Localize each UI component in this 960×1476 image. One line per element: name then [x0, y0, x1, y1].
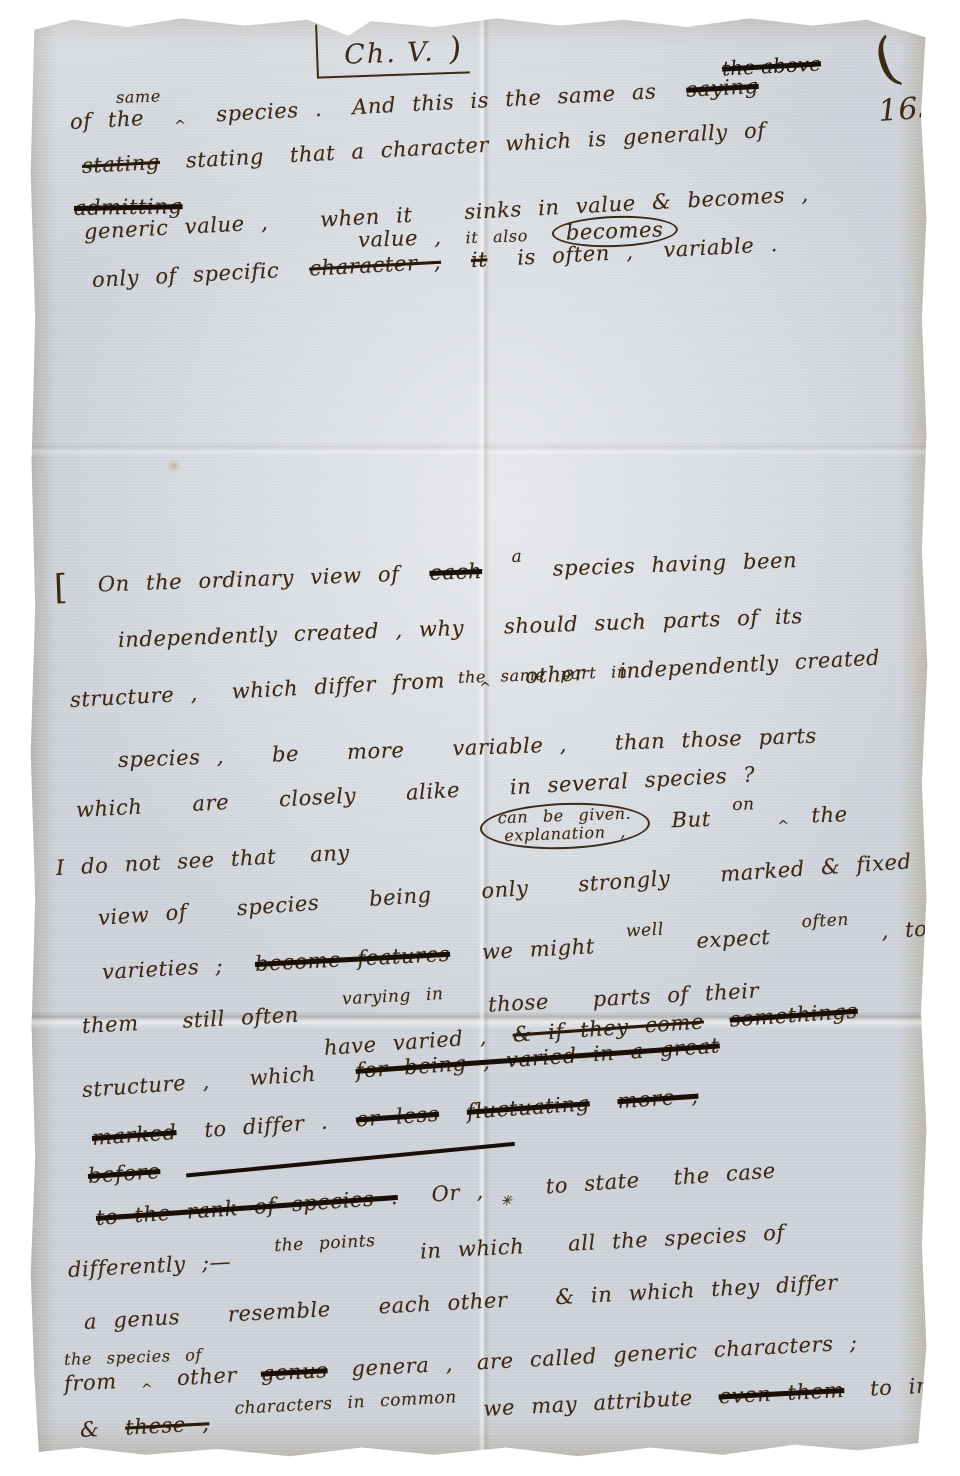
manuscript-word: each other — [378, 1288, 508, 1319]
manuscript-word: still often — [182, 1003, 300, 1033]
manuscript-word: structure , — [69, 681, 198, 712]
chapter-heading: Ch. V.) — [315, 19, 470, 78]
paragraph-open-bracket: [ — [53, 568, 68, 608]
manuscript-word: from — [63, 1369, 117, 1396]
manuscript-word: strongly — [578, 866, 672, 896]
manuscript-word: are — [192, 790, 230, 816]
manuscript-word: species . — [216, 97, 323, 127]
manuscript-word: only of specific — [91, 258, 279, 292]
chapter-heading-label: Ch. V. — [344, 37, 436, 71]
struck-word: each — [429, 559, 482, 585]
manuscript-word: that a character which is generally of — [289, 118, 766, 167]
manuscript-page: Ch. V.) (163 the above sameof the^specie… — [28, 14, 930, 1462]
manuscript-word: view of — [97, 900, 188, 930]
manuscript-line: varieties ;become featureswe mightwellex… — [101, 912, 960, 984]
inserted-word: well — [625, 920, 664, 942]
manuscript-word: And this is the same as — [352, 79, 657, 119]
manuscript-word: genera , — [351, 1352, 454, 1381]
manuscript-word: other — [176, 1363, 237, 1390]
struck-word: saying — [686, 74, 760, 102]
manuscript-line: independently created , whyshould such p… — [118, 603, 844, 652]
manuscript-word: those — [488, 990, 550, 1017]
manuscript-word: which — [249, 1062, 317, 1091]
caret-mark: ^ — [479, 680, 492, 697]
struck-word: marked — [91, 1120, 177, 1150]
manuscript-word: other — [525, 661, 586, 688]
manuscript-word: On the ordinary view of — [97, 562, 399, 597]
strike-mark — [186, 1141, 515, 1177]
struck-word: become features — [254, 942, 450, 976]
manuscript-word: marked & fixed — [719, 849, 912, 886]
manuscript-word: which — [75, 795, 143, 822]
struck-word: even them — [718, 1378, 845, 1409]
manuscript-line: structure ,which differ from^otherindepe… — [69, 644, 914, 712]
manuscript-word: is often , — [517, 240, 634, 270]
manuscript-line: [On the ordinary view ofeachaspecies hav… — [54, 547, 828, 598]
chapter-bracket-stroke: ) — [447, 29, 465, 68]
scan-background: Ch. V.) (163 the above sameof the^specie… — [0, 0, 960, 1476]
manuscript-line: can be given.explanation ,Buton^the — [479, 792, 870, 851]
caret-mark: ^ — [777, 819, 790, 835]
manuscript-line: differently ;—the pointsin whichall the … — [67, 1218, 829, 1282]
manuscript-word: are called generic characters ; — [476, 1330, 858, 1374]
caret-mark: ^ — [141, 1381, 154, 1398]
manuscript-word: & — [79, 1417, 100, 1442]
manuscript-line: I do not see thatany — [55, 839, 384, 880]
manuscript-word: only — [481, 876, 530, 903]
circled-insertion-text: explanation , — [498, 823, 632, 846]
manuscript-word: , to find — [881, 914, 960, 944]
manuscript-word: differently ;— — [67, 1249, 231, 1282]
manuscript-word: in which — [419, 1234, 524, 1263]
inserted-word: the points — [274, 1231, 376, 1256]
manuscript-word: a genus — [83, 1305, 180, 1334]
manuscript-word: species — [236, 891, 320, 921]
inserted-word: varying in — [342, 984, 444, 1009]
manuscript-word: than those parts — [614, 724, 817, 755]
struck-word: somethings — [729, 999, 859, 1032]
manuscript-word: more — [347, 738, 405, 764]
manuscript-word: of the — [69, 106, 144, 134]
manuscript-word: resemble — [227, 1297, 331, 1326]
struck-word: fluctuating — [466, 1091, 590, 1124]
manuscript-word: the case — [673, 1158, 777, 1189]
manuscript-word: independently created — [619, 646, 881, 684]
manuscript-word: in several species ? — [509, 762, 756, 799]
manuscript-word: should such parts of its — [504, 604, 804, 638]
manuscript-word: I do not see that — [55, 844, 276, 880]
manuscript-word: variable , — [452, 732, 567, 760]
manuscript-word: Or , — [431, 1179, 485, 1207]
struck-word: or less — [355, 1102, 440, 1132]
manuscript-word: which differ from — [231, 668, 446, 703]
inserted-word: it also — [465, 226, 528, 247]
inserted-word: on — [732, 795, 755, 816]
circled-insertion: can be given.explanation , — [479, 800, 650, 852]
struck-word: before — [87, 1159, 161, 1188]
manuscript-word: & in which they differ — [555, 1271, 839, 1310]
manuscript-word: stating — [185, 144, 264, 172]
manuscript-word: value , — [358, 225, 442, 252]
manuscript-word: But — [671, 807, 711, 832]
manuscript-word: being — [368, 883, 432, 911]
manuscript-word: varieties ; — [101, 954, 223, 984]
inserted-word: often — [801, 910, 849, 932]
manuscript-word: alike — [405, 778, 460, 805]
page-number-value: 163 — [877, 90, 940, 129]
manuscript-line: a genusresembleeach other& in which they… — [83, 1268, 886, 1334]
manuscript-word: independently created , why — [118, 616, 465, 652]
manuscript-word: species , — [118, 744, 225, 772]
caret-mark: ^ — [174, 118, 187, 135]
struck-word: genus — [260, 1358, 328, 1385]
page-number: (163 — [872, 22, 939, 129]
manuscript-word: expect — [696, 925, 771, 953]
struck-word: to the rank of species . — [95, 1185, 398, 1230]
struck-word: character , — [309, 250, 442, 281]
struck-word: it — [470, 247, 488, 272]
struck-word: stating — [81, 150, 160, 178]
inserted-word: characters in common — [234, 1387, 457, 1419]
manuscript-word: to differ . — [204, 1110, 329, 1143]
manuscript-word: we might — [481, 934, 595, 964]
manuscript-word: structure , — [81, 1069, 210, 1102]
page-number-bracket-stroke: ( — [865, 23, 908, 95]
struck-word: more , — [617, 1084, 699, 1114]
manuscript-word: any — [309, 841, 350, 867]
manuscript-word: to inheritance — [870, 1368, 960, 1401]
manuscript-word: we may attribute — [483, 1386, 694, 1421]
manuscript-word: variable . — [663, 232, 779, 262]
manuscript-word: them — [81, 1011, 139, 1038]
inserted-word: a — [511, 547, 522, 567]
manuscript-word: the — [811, 803, 848, 828]
manuscript-word: closely — [278, 783, 356, 811]
manuscript-word: all the species of — [568, 1220, 786, 1255]
manuscript-word: species having been — [552, 548, 797, 581]
reference-mark: ✳ — [500, 1193, 513, 1210]
struck-word: these , — [125, 1411, 210, 1439]
manuscript-word: to state — [545, 1168, 641, 1199]
manuscript-word: be — [272, 742, 300, 767]
inserted-word: same — [116, 86, 161, 107]
